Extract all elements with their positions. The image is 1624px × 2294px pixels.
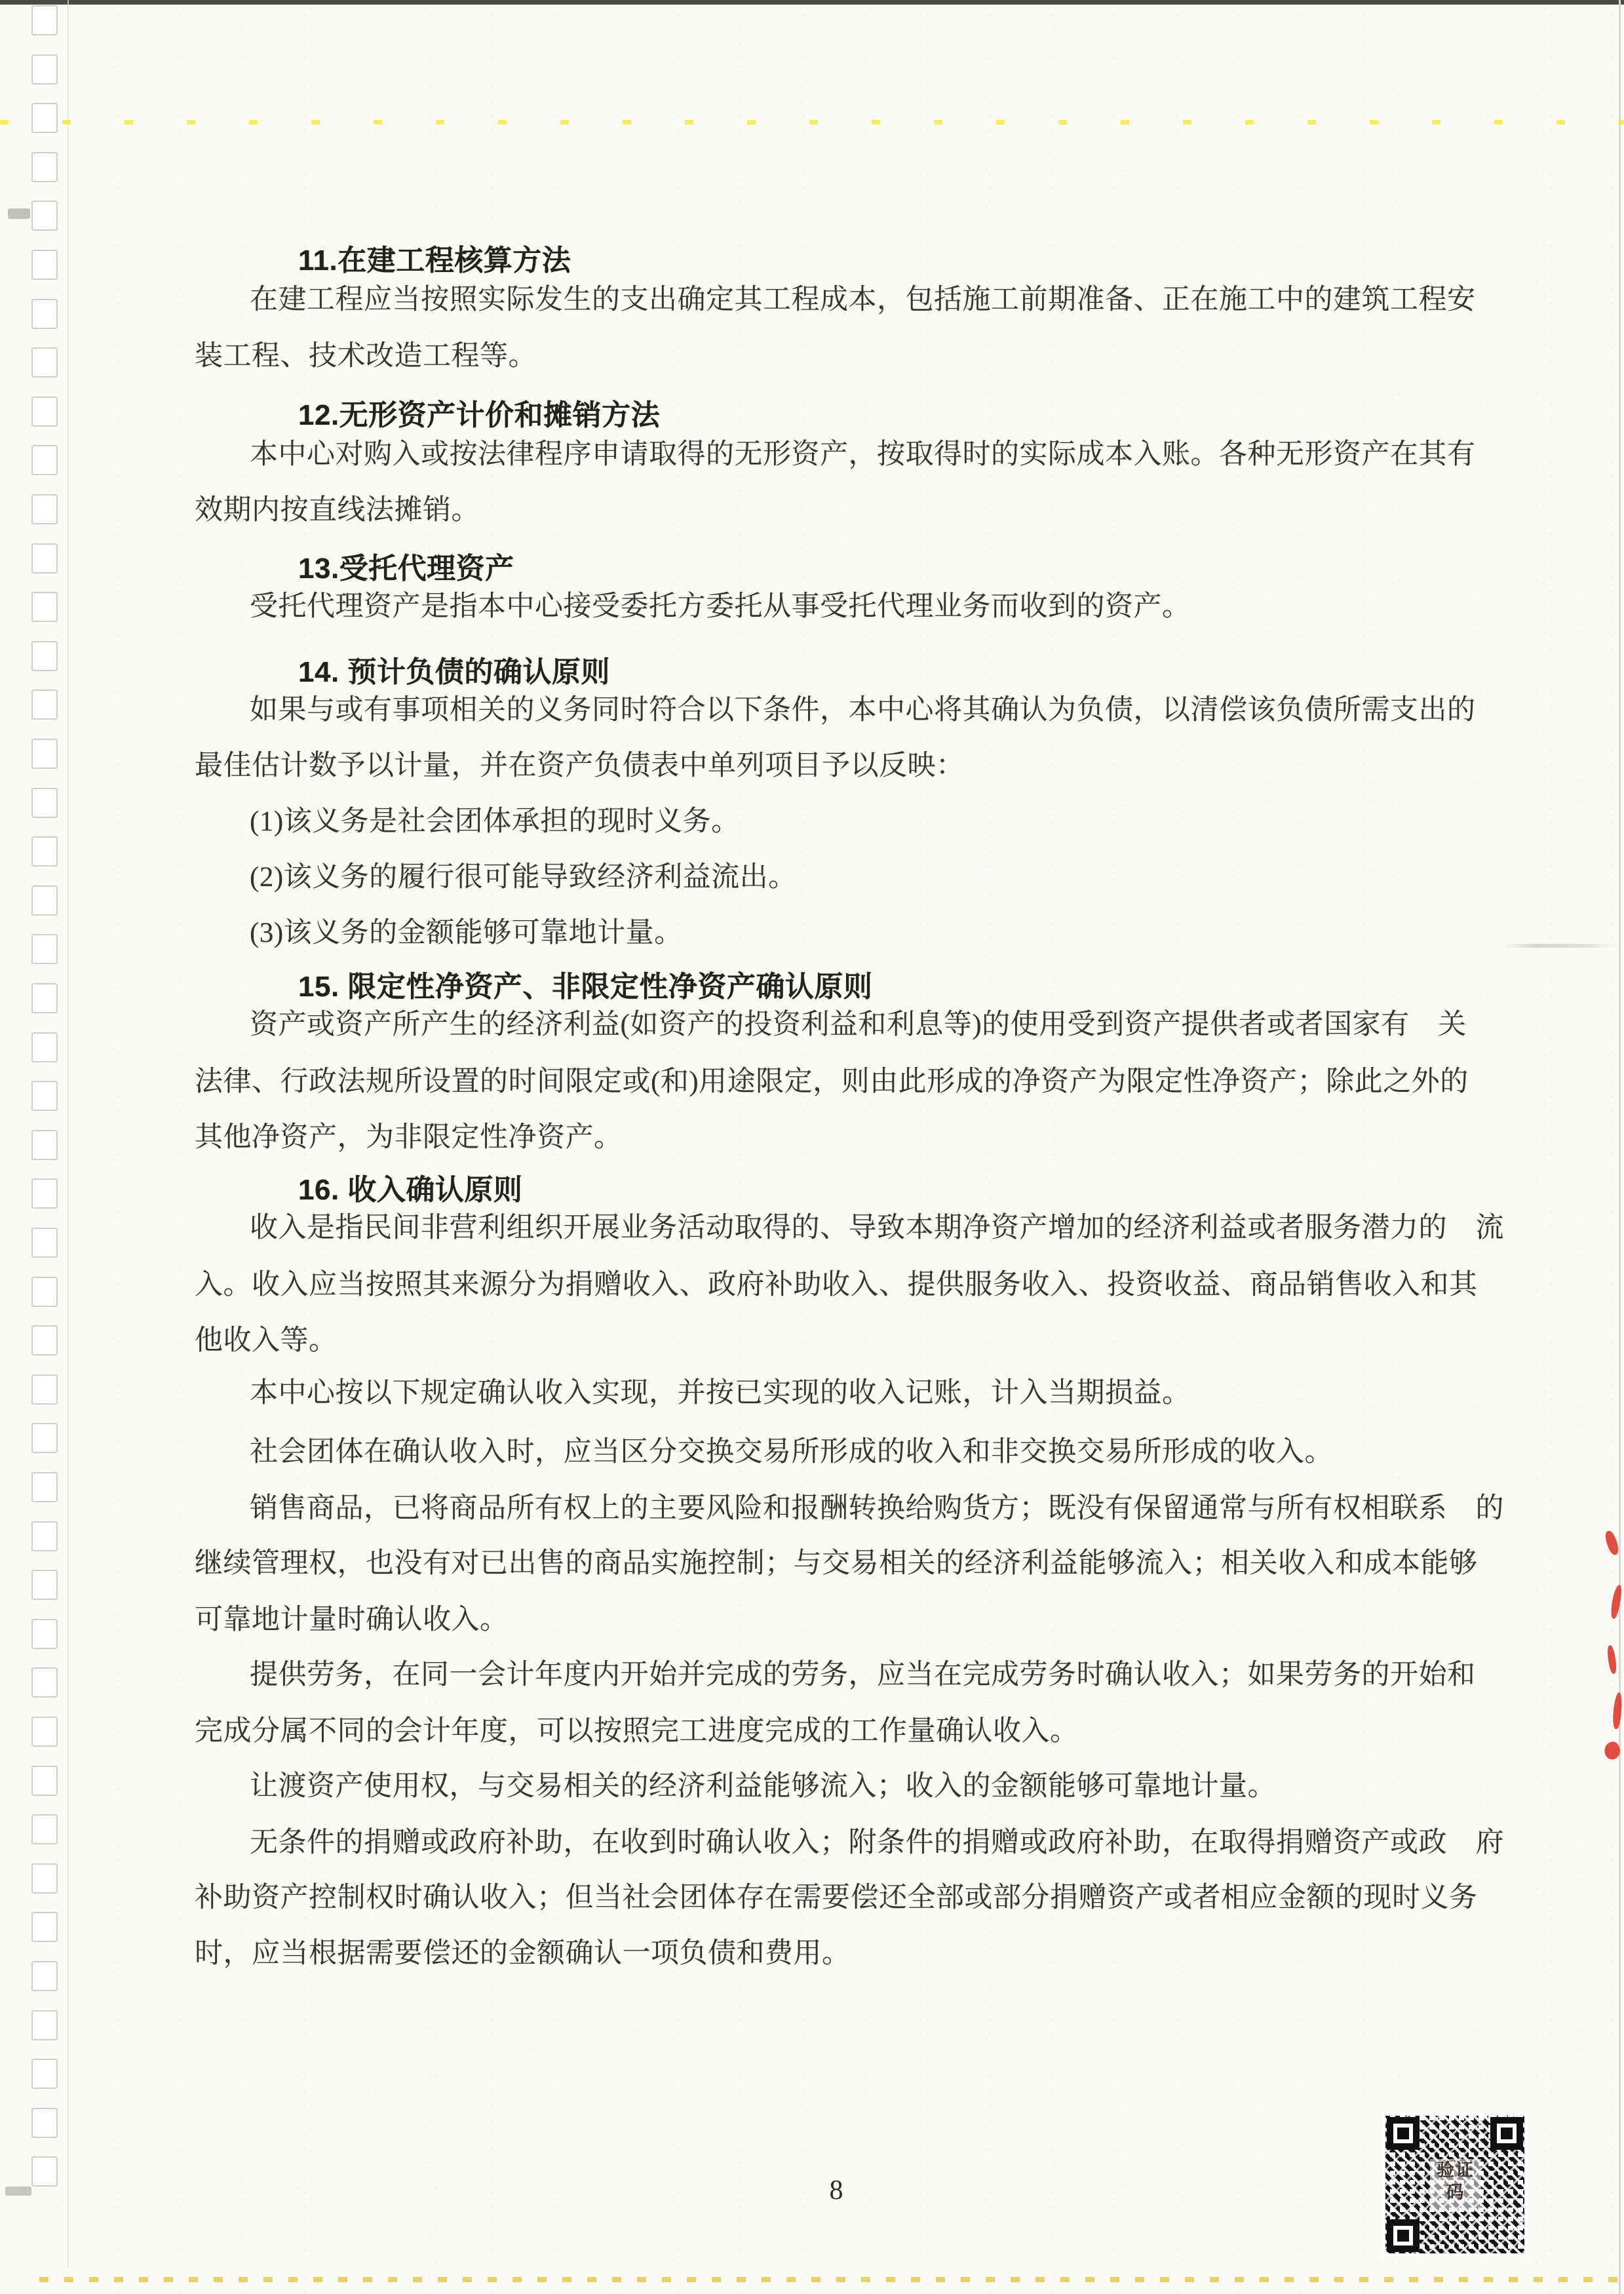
text-line: 可靠地计量时确认收入。 (195, 1603, 509, 1637)
text-lines: 11.在建工程核算方法在建工程应当按照实际发生的支出确定其工程成本，包括施工前期… (0, 0, 1624, 2294)
text-line: (3)该义务的金额能够可靠地计量。 (250, 916, 683, 950)
scanned-page: { "page": { "number": "8", "paper_color"… (0, 0, 1624, 2294)
text-line: 收入是指民间非营利组织开展业务活动取得的、导致本期净资产增加的经济利益或者服务潜… (250, 1211, 1504, 1245)
text-line: 装工程、技术改造工程等。 (195, 340, 537, 374)
text-line: 在建工程应当按照实际发生的支出确定其工程成本，包括施工前期准备、正在施工中的建筑… (250, 283, 1476, 317)
text-line: 入。收入应当按照其来源分为捐赠收入、政府补助收入、提供服务收入、投资收益、商品销… (195, 1268, 1478, 1302)
section-heading: 14. 预计负债的确认原则 (298, 655, 610, 690)
section-heading: 15. 限定性净资产、非限定性净资产确认原则 (298, 970, 872, 1004)
red-edge-mark (1606, 1644, 1617, 1674)
text-line: 补助资产控制权时确认收入；但当社会团体存在需要偿还全部或部分捐赠资产或者相应金额… (195, 1881, 1478, 1915)
red-edge-mark (1603, 1530, 1620, 1557)
qr-code-icon: 验证码 (1383, 2113, 1527, 2256)
text-line: 其他净资产，为非限定性净资产。 (195, 1121, 623, 1155)
text-line: (1)该义务是社会团体承担的现时义务。 (250, 805, 740, 839)
text-line: 提供劳务，在同一会计年度内开始并完成的劳务，应当在完成劳务时确认收入；如果劳务的… (250, 1658, 1476, 1692)
section-heading: 11.在建工程核算方法 (298, 244, 571, 278)
text-line: 法律、行政法规所设置的时间限定或(和)用途限定，则由此形成的净资产为限定性净资产… (195, 1065, 1469, 1099)
red-edge-mark (1602, 1740, 1623, 1762)
section-heading: 13.受托代理资产 (298, 552, 514, 586)
text-line: 资产或资产所产生的经济利益(如资产的投资利益和利息等)的使用受到资产提供者或者国… (250, 1008, 1467, 1042)
text-line: 社会团体在确认收入时，应当区分交换交易所形成的收入和非交换交易所形成的收入。 (250, 1435, 1333, 1469)
text-line: 让渡资产使用权，与交易相关的经济利益能够流入；收入的金额能够可靠地计量。 (250, 1770, 1276, 1804)
text-line: 本中心对购入或按法律程序申请取得的无形资产，按取得时的实际成本入账。各种无形资产… (250, 438, 1476, 472)
section-heading: 12.无形资产计价和摊销方法 (298, 399, 660, 433)
text-line: 完成分属不同的会计年度，可以按照完工进度完成的工作量确认收入。 (195, 1715, 1079, 1749)
text-line: 继续管理权，也没有对已出售的商品实施控制；与交易相关的经济利益能够流入；相关收入… (195, 1547, 1478, 1581)
text-line: 本中心按以下规定确认收入实现，并按已实现的收入记账，计入当期损益。 (250, 1376, 1191, 1410)
section-heading: 16. 收入确认原则 (298, 1173, 522, 1207)
text-line: (2)该义务的履行很可能导致经济利益流出。 (250, 861, 797, 895)
text-line: 效期内按直线法摊销。 (195, 494, 480, 528)
qr-caption: 验证码 (1430, 2159, 1481, 2211)
qr-finder-icon (1387, 2117, 1420, 2150)
red-edge-mark (1612, 1692, 1623, 1730)
text-line: 受托代理资产是指本中心接受委托方委托从事受托代理业务而收到的资产。 (250, 590, 1191, 624)
red-edge-mark (1610, 1584, 1623, 1619)
text-line: 时，应当根据需要偿还的金额确认一项负债和费用。 (195, 1937, 851, 1971)
qr-finder-icon (1490, 2117, 1523, 2150)
red-edge-marks (1599, 1521, 1624, 1783)
text-line: 最佳估计数予以计量，并在资产负债表中单列项目予以反映： (195, 749, 965, 783)
text-line: 无条件的捐赠或政府补助，在收到时确认收入；附条件的捐赠或政府补助，在取得捐赠资产… (250, 1826, 1504, 1860)
text-line: 销售商品，已将商品所有权上的主要风险和报酬转换给购货方；既没有保留通常与所有权相… (250, 1492, 1504, 1526)
page-number: 8 (817, 2175, 856, 2206)
text-line: 他收入等。 (195, 1324, 338, 1358)
text-line: 如果与或有事项相关的义务同时符合以下条件，本中心将其确认为负债，以清偿该负债所需… (250, 693, 1476, 728)
qr-finder-icon (1387, 2219, 1420, 2252)
